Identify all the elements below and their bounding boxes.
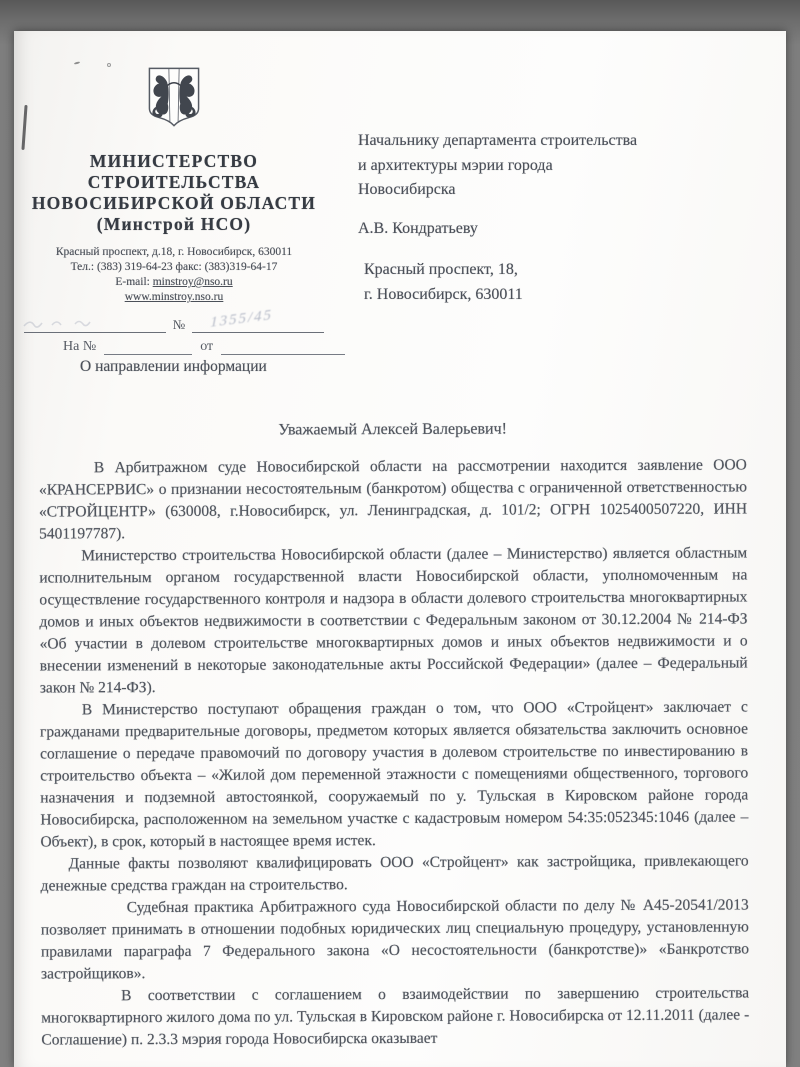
salutation: Уважаемый Алексей Валерьевич! [39, 417, 747, 442]
letter-body: Уважаемый Алексей Валерьевич! В Арбитраж… [39, 417, 750, 1051]
reference-date-blank [221, 340, 345, 355]
org-name-line: СТРОИТЕЛЬСТВА [24, 172, 324, 193]
reference-number-blank [104, 340, 192, 355]
scan-viewer-background: МИНИСТЕРСТВО СТРОИТЕЛЬСТВА НОВОСИБИРСКОЙ… [0, 0, 800, 1067]
recipient-block: Начальнику департамента строительства и … [358, 129, 778, 307]
na-number-label: На № [63, 339, 96, 355]
number-blank: 1355/45 [192, 317, 324, 333]
body-paragraph: Министерство строительства Новосибирской… [39, 542, 748, 699]
recipient-line: Начальнику департамента строительства [358, 129, 778, 154]
org-name-line: МИНИСТЕРСТВО [24, 151, 324, 172]
date-blank [24, 317, 166, 333]
org-name-line: НОВОСИБИРСКОЙ ОБЛАСТИ [24, 193, 324, 214]
recipient-address: Красный проспект, 18, г. Новосибирск, 63… [358, 258, 778, 307]
number-sign: № [173, 317, 185, 333]
ot-label: от [200, 339, 213, 355]
letterhead: МИНИСТЕРСТВО СТРОИТЕЛЬСТВА НОВОСИБИРСКОЙ… [24, 65, 324, 333]
body-paragraph: В Арбитражном суде Новосибирской области… [39, 454, 747, 545]
recipient-name: А.В. Кондратьеву [358, 217, 778, 242]
scanned-letter-page: МИНИСТЕРСТВО СТРОИТЕЛЬСТВА НОВОСИБИРСКОЙ… [14, 31, 786, 1067]
org-contacts: Красный проспект, д.18, г. Новосибирск, … [24, 245, 324, 305]
faint-handwriting-scribble [20, 315, 140, 331]
body-paragraph: Данные факты позволяют квалифицировать О… [41, 850, 749, 897]
reference-line: На № от [63, 339, 345, 355]
body-paragraphs: В Арбитражном суде Новосибирской области… [39, 454, 750, 1051]
letter-subject: О направлении информации [80, 358, 267, 376]
recipient-line: Новосибирска [358, 178, 778, 203]
org-name: МИНИСТЕРСТВО СТРОИТЕЛЬСТВА НОВОСИБИРСКОЙ… [24, 151, 324, 235]
org-website: www.minstroy.nso.ru [24, 290, 324, 305]
outgoing-number-line: № 1355/45 [24, 311, 324, 333]
email-label: E-mail: [115, 276, 150, 288]
body-paragraph: Судебная практика Арбитражного суда Ново… [41, 894, 749, 985]
org-email-line: E-mail: minstroy@nso.ru [24, 275, 324, 290]
org-name-line: (Минстрой НСО) [24, 214, 324, 235]
org-phone: Тел.: (383) 319-64-23 факс: (383)319-64-… [24, 260, 324, 275]
email-address: minstroy@nso.ru [153, 276, 233, 288]
novosibirsk-coat-of-arms-icon [145, 65, 203, 129]
recipient-address-line: г. Новосибирск, 630011 [364, 283, 778, 308]
handwritten-outgoing-number: 1355/45 [210, 307, 273, 332]
org-address: Красный проспект, д.18, г. Новосибирск, … [24, 245, 324, 260]
body-paragraph: В Министерство поступают обращения гражд… [40, 696, 749, 853]
body-paragraph: В соответствии с соглашением о взаимодей… [41, 982, 749, 1051]
recipient-line: и архитектуры мэрии города [358, 154, 778, 179]
recipient-address-line: Красный проспект, 18, [364, 258, 778, 283]
